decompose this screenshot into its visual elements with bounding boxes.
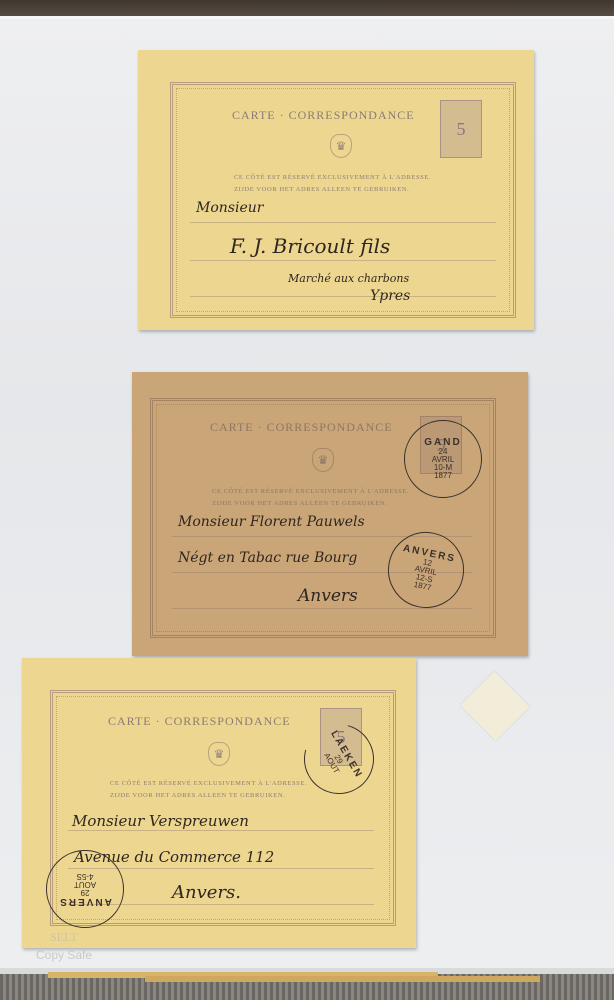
card-title: CARTE · CORRESPONDANCE [232,108,415,123]
postcard-1: CARTE · CORRESPONDANCE ♛ 5 CE CÔTÉ EST R… [138,50,534,330]
handwritten-line: Négt en Tabac rue Bourg [178,550,357,566]
handwritten-line: F. J. Bricoult fils [230,234,390,258]
watermark-text: Copy Safe [36,948,92,962]
postmark-year: 1877 [434,472,452,480]
stamp-icon: 5 [440,100,482,158]
coat-of-arms-icon: ♛ [208,742,230,766]
notice-dutch: ZIJDE VOOR HET ADRES ALLEEN TE GEBRUIKEN… [212,498,387,509]
postmark-time: 4-5S [77,872,94,880]
address-line [190,296,496,297]
watermark-logo: SELT [50,930,78,945]
underlying-card-edge [145,976,540,982]
postcard-3: CARTE · CORRESPONDANCE ♛ 5 CE CÔTÉ EST R… [22,658,416,948]
notice-french: CE CÔTÉ EST RÉSERVÉ EXCLUSIVEMENT À L'AD… [212,486,409,497]
address-line [68,830,374,831]
postmark-year: 1877 [413,581,432,593]
postmark-month: AOUT [74,880,96,888]
notice-dutch: ZIJDE VOOR HET ADRES ALLEEN TE GEBRUIKEN… [234,184,409,195]
handwritten-line: Monsieur Florent Pauwels [178,514,365,530]
coat-of-arms-icon: ♛ [312,448,334,472]
notice-french: CE CÔTÉ EST RÉSERVÉ EXCLUSIVEMENT À L'AD… [234,172,431,183]
handwritten-line: Monsieur [196,200,263,216]
handwritten-line: Ypres [370,288,410,304]
address-line [190,260,496,261]
handwritten-line: Monsieur Verspreuwen [72,812,249,830]
postmark-town: ANVERS [58,896,112,906]
coat-of-arms-icon: ♛ [330,134,352,158]
notice-french: CE CÔTÉ EST RÉSERVÉ EXCLUSIVEMENT À L'AD… [110,778,307,789]
handwritten-line: Anvers [298,586,358,606]
postcard-2: CARTE · CORRESPONDANCE ♛ 5 CE CÔTÉ EST R… [132,372,528,656]
address-line [190,222,496,223]
card-title: CARTE · CORRESPONDANCE [210,420,393,435]
handwritten-line: Anvers. [172,882,241,903]
postmark-gand: GAND 24 AVRIL 10-M 1877 [404,420,482,498]
card-title: CARTE · CORRESPONDANCE [108,714,291,729]
handwritten-line: Marché aux charbons [288,272,409,285]
postmark-day: 29 [81,888,90,896]
notice-dutch: ZIJDE VOOR HET ADRES ALLEEN TE GEBRUIKEN… [110,790,285,801]
postmark-anvers: ANVERS 29 AOUT 4-5S [46,850,124,928]
